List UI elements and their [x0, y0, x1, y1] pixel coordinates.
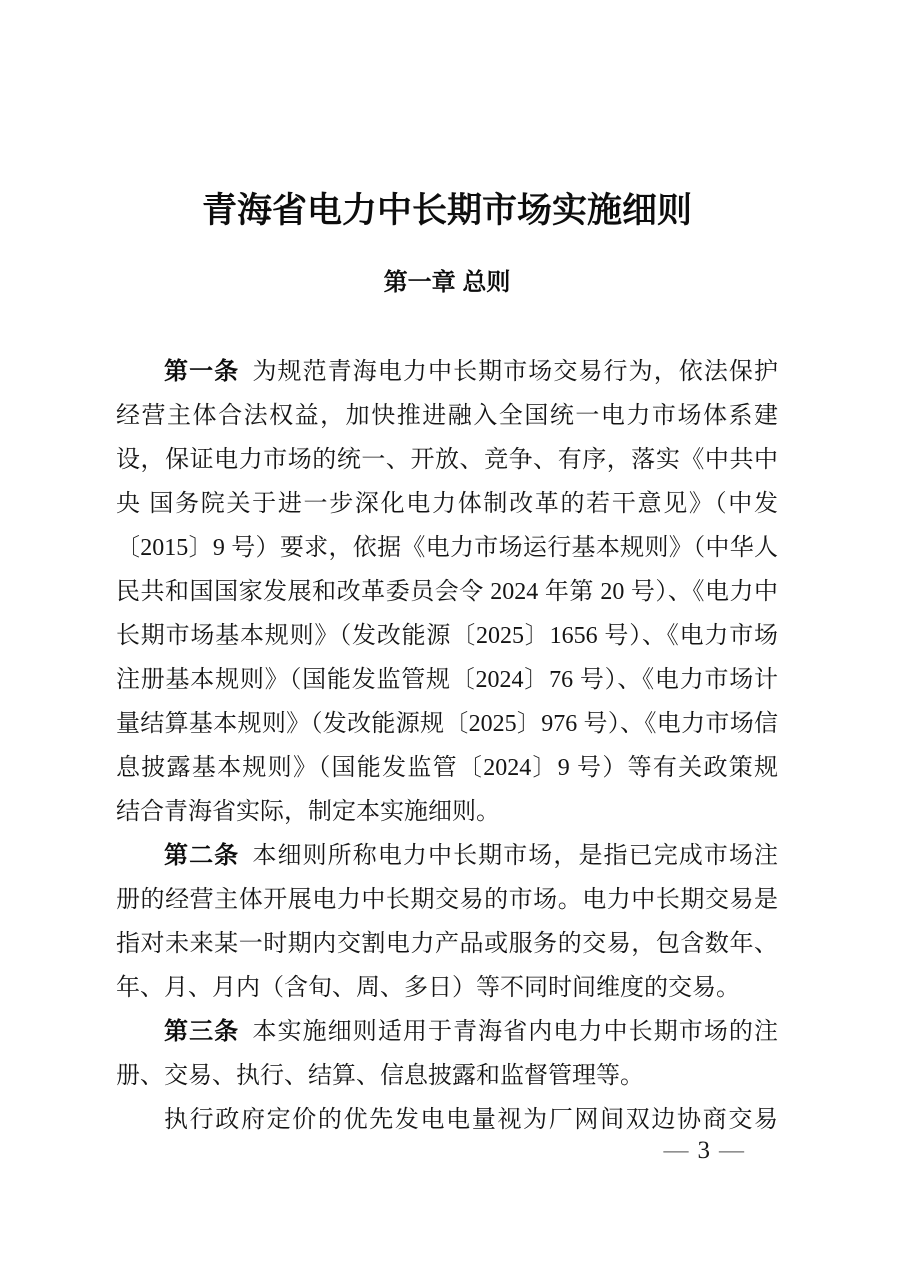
body-line: 结合青海省实际，制定本实施细则。: [116, 790, 778, 834]
paragraph-article-3: 第三条本实施细则适用于青海省内电力中长期市场的注 册、交易、执行、结算、信息披露…: [116, 1010, 778, 1098]
page-number: —3—: [664, 1136, 745, 1166]
body-line: 册的经营主体开展电力中长期交易的市场。电力中长期交易是: [116, 878, 778, 922]
body-line: 年、月、月内（含旬、周、多日）等不同时间维度的交易。: [116, 966, 778, 1010]
article-number: 第一条: [164, 358, 239, 385]
body-line: 第二条本细则所称电力中长期市场，是指已完成市场注: [116, 834, 778, 878]
body-line: 指对未来某一时期内交割电力产品或服务的交易，包含数年、: [116, 922, 778, 966]
body-line: 央 国务院关于进一步深化电力体制改革的若干意见》（中发: [116, 482, 778, 526]
page-number-value: 3: [698, 1137, 711, 1164]
paragraph-article-2: 第二条本细则所称电力中长期市场，是指已完成市场注 册的经营主体开展电力中长期交易…: [116, 834, 778, 1010]
body-line: 长期市场基本规则》（发改能源〔2025〕1656 号）、《电力市场: [116, 614, 778, 658]
body-line: 册、交易、执行、结算、信息披露和监督管理等。: [116, 1054, 778, 1098]
body-line: 注册基本规则》（国能发监管规〔2024〕76 号）、《电力市场计: [116, 658, 778, 702]
body-line: 第一条为规范青海电力中长期市场交易行为，依法保护: [116, 350, 778, 394]
body-line: 经营主体合法权益，加快推进融入全国统一电力市场体系建: [116, 394, 778, 438]
page-number-dash-left: —: [664, 1137, 689, 1164]
document-body: 第一条为规范青海电力中长期市场交易行为，依法保护 经营主体合法权益，加快推进融入…: [116, 350, 778, 1142]
body-line: 〔2015〕9 号）要求，依据《电力市场运行基本规则》（中华人: [116, 526, 778, 570]
body-line: 民共和国国家发展和改革委员会令 2024 年第 20 号）、《电力中: [116, 570, 778, 614]
body-line: 息披露基本规则》（国能发监管〔2024〕9 号）等有关政策规定，: [116, 746, 778, 790]
body-line-text: 本细则所称电力中长期市场，是指已完成市场注: [252, 843, 778, 869]
paragraph-article-1: 第一条为规范青海电力中长期市场交易行为，依法保护 经营主体合法权益，加快推进融入…: [116, 350, 778, 834]
body-line-text: 为规范青海电力中长期市场交易行为，依法保护: [252, 359, 778, 385]
body-line-text: 本实施细则适用于青海省内电力中长期市场的注: [252, 1019, 778, 1045]
body-line: 第三条本实施细则适用于青海省内电力中长期市场的注: [116, 1010, 778, 1054]
chapter-heading: 第一章 总则: [116, 267, 778, 299]
document-page: 青海省电力中长期市场实施细则 第一章 总则 第一条为规范青海电力中长期市场交易行…: [0, 0, 900, 1272]
article-number: 第三条: [164, 1018, 239, 1045]
body-line: 设，保证电力市场的统一、开放、竞争、有序，落实《中共中: [116, 438, 778, 482]
page-number-dash-right: —: [719, 1137, 744, 1164]
article-number: 第二条: [164, 842, 239, 869]
document-title: 青海省电力中长期市场实施细则: [116, 189, 778, 233]
body-line: 量结算基本规则》（发改能源规〔2025〕976 号）、《电力市场信: [116, 702, 778, 746]
